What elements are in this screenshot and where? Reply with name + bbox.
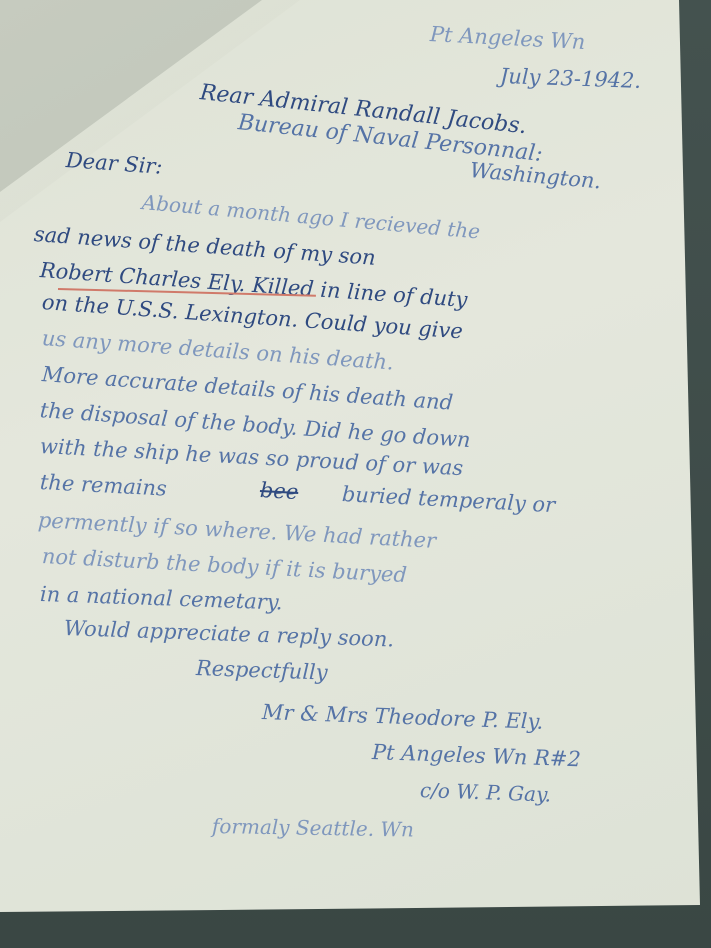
signature-address-2: c/o W. P. Gay. [420,778,552,807]
struck-out-word: bee [259,478,299,504]
closing: Respectfully [196,656,328,685]
signature-address-3: formaly Seattle. Wn [212,814,414,842]
heading-date: July 23-1942. [500,64,642,93]
